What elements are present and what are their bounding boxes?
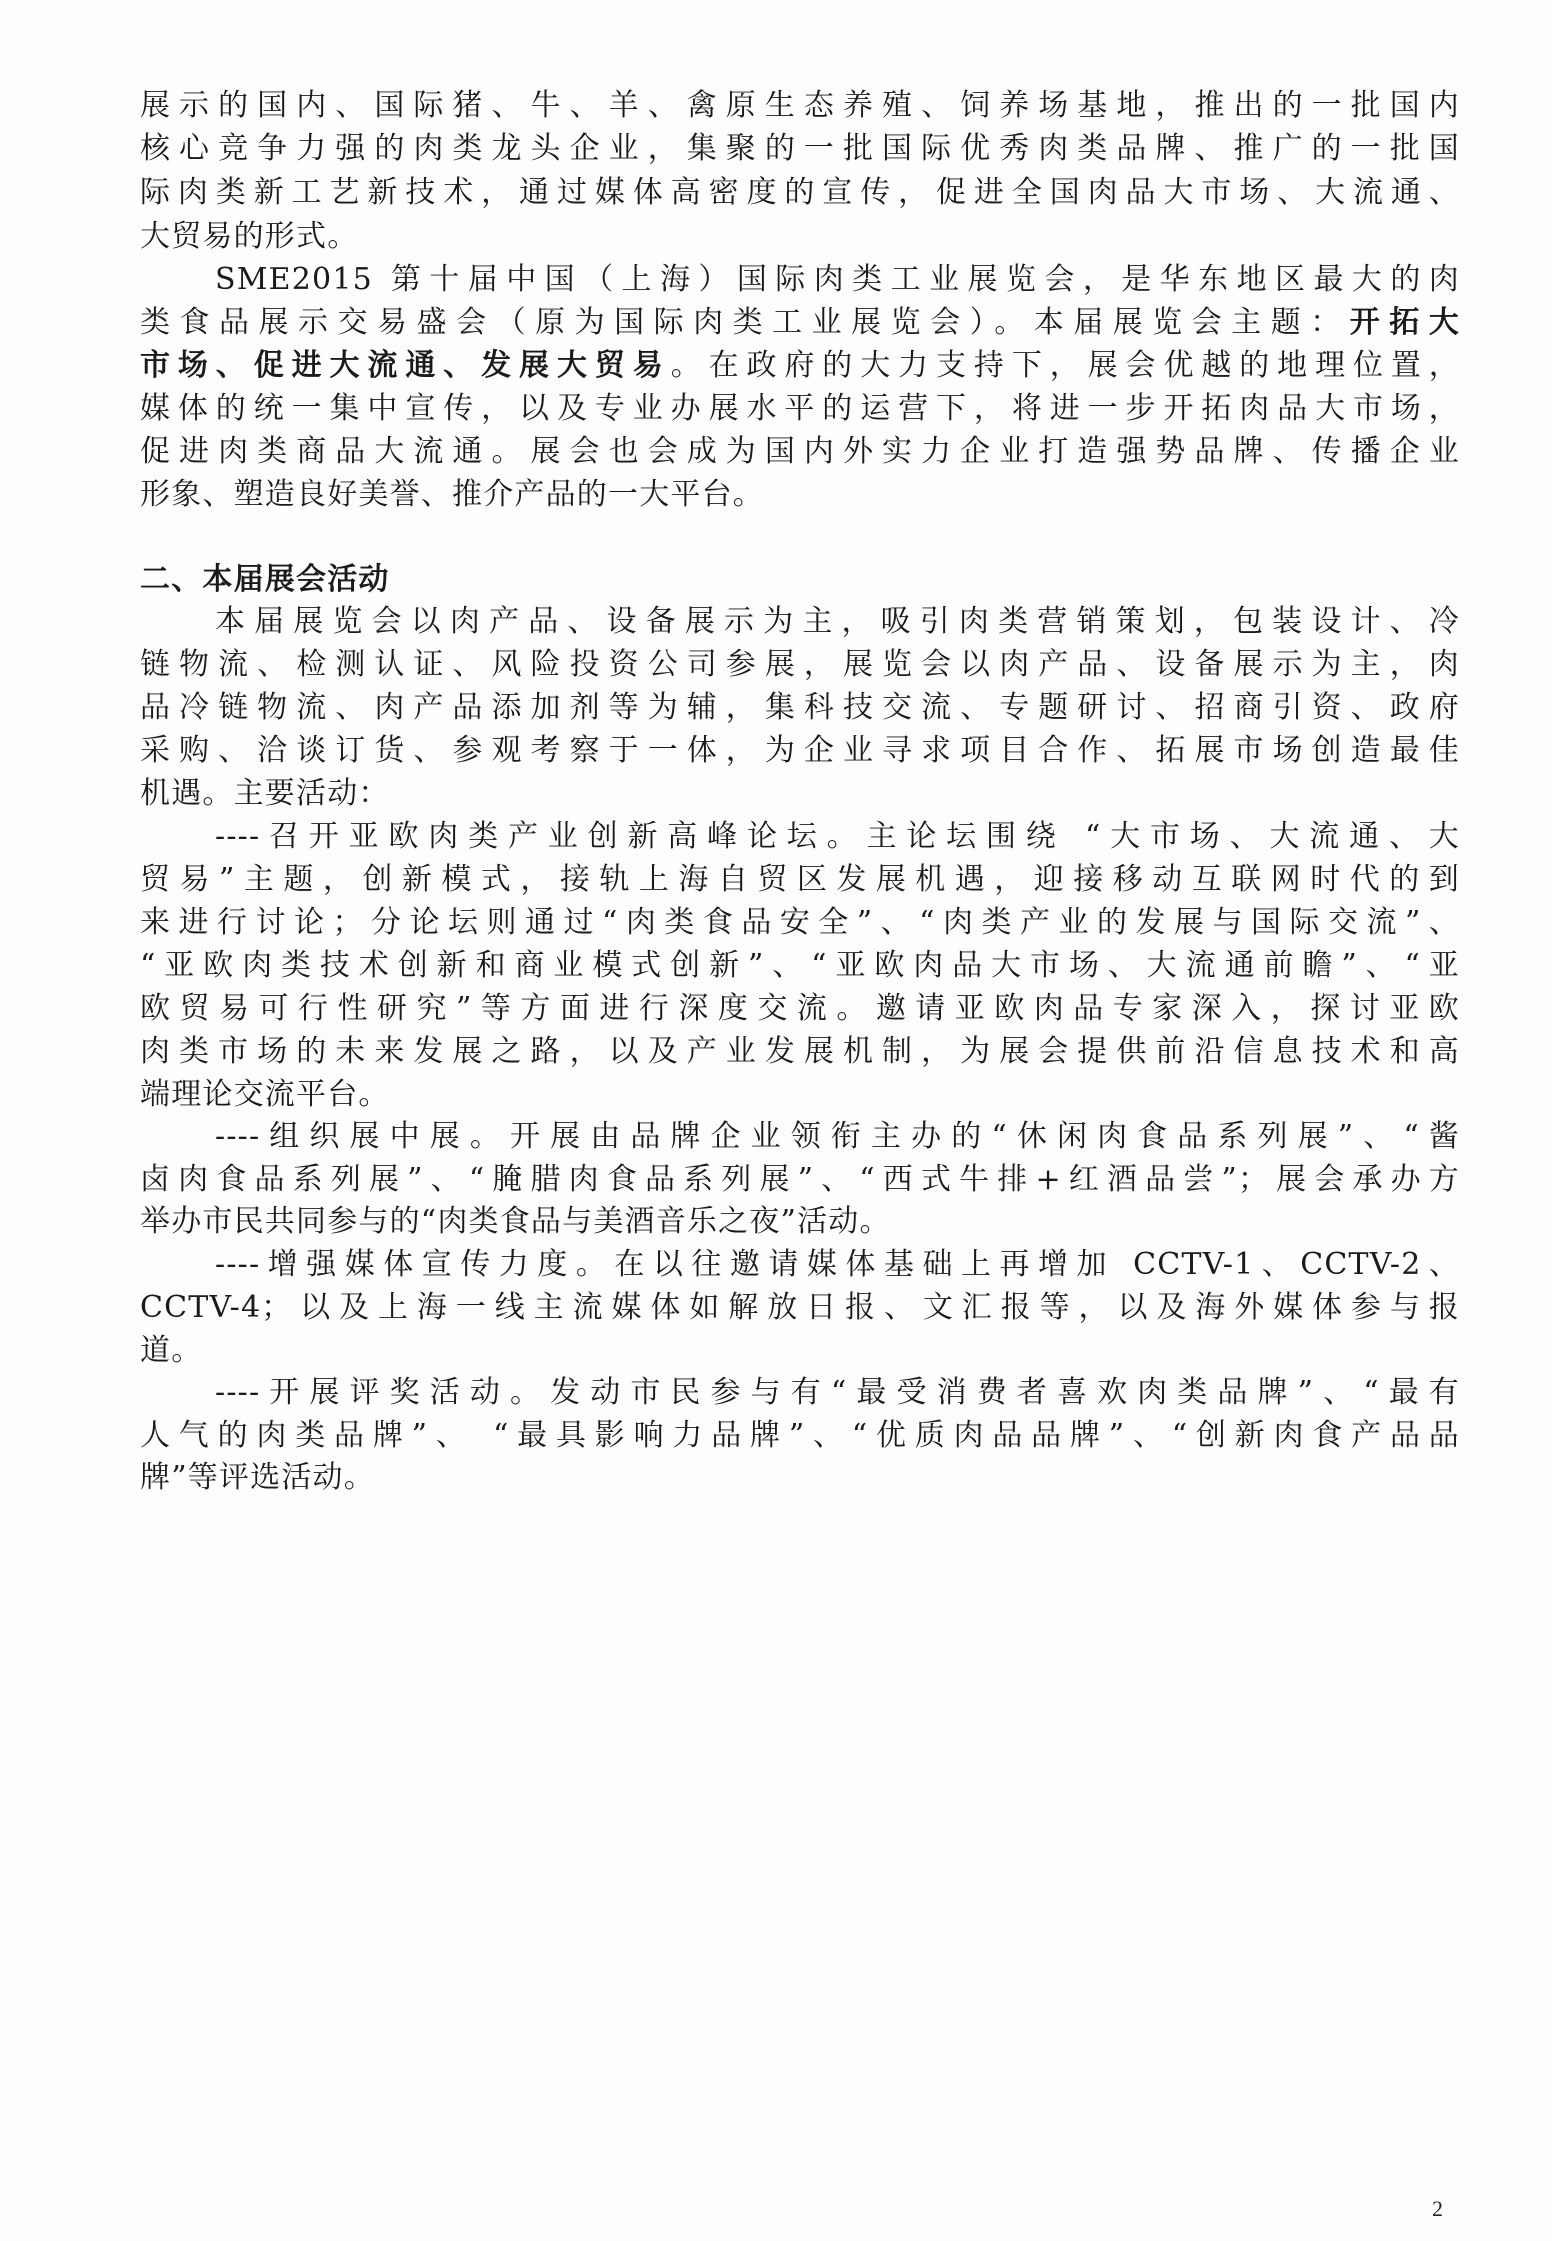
paragraph-3-line: 本届展览会以肉产品、设备展示为主，吸引肉类营销策划，包装设计、冷 [215,600,1460,643]
theme-text-bold: 市场、促进大流通、发展大贸易 [140,348,671,383]
paragraph-3-line: 机遇。主要活动： [140,772,1460,815]
paragraph-2-text: 类食品展示交易盛会（原为国际肉类工业展览会）。本届展览会主题： [140,305,1350,340]
activity-2-line: 举办市民共同参与的“肉类食品与美酒音乐之夜”活动。 [140,1200,1460,1243]
activity-2-line: 卤肉食品系列展”、“腌腊肉食品系列展”、“西式牛排+红酒品尝”；展会承办方 [140,1158,1460,1201]
activity-3-line: 道。 [140,1329,1460,1372]
paragraph-1-line: 际肉类新工艺新技术，通过媒体高密度的宣传，促进全国肉品大市场、大流通、 [140,171,1460,214]
paragraph-3-line: 采购、洽谈订货、参观考察于一体，为企业寻求项目合作、拓展市场创造最佳 [140,729,1460,772]
activity-4-line: 人气的肉类品牌”、 “最具影响力品牌”、“优质肉品品牌”、“创新肉食产品品 [140,1414,1460,1457]
activity-4-line: ----开展评奖活动。发动市民参与有“最受消费者喜欢肉类品牌”、“最有 [215,1371,1460,1414]
paragraph-2-line: SME2015 第十届中国（上海）国际肉类工业展览会，是华东地区最大的肉 [215,258,1460,301]
paragraph-1-line: 核心竞争力强的肉类龙头企业，集聚的一批国际优秀肉类品牌、推广的一批国 [140,127,1460,170]
activity-1-line: 欧贸易可行性研究”等方面进行深度交流。邀请亚欧肉品专家深入，探讨亚欧 [140,987,1460,1030]
paragraph-3-line: 链物流、检测认证、风险投资公司参展，展览会以肉产品、设备展示为主，肉 [140,643,1460,686]
activity-1-line: 来进行讨论；分论坛则通过“肉类食品安全”、“肉类产业的发展与国际交流”、 [140,901,1460,944]
paragraph-2-line: 类食品展示交易盛会（原为国际肉类工业展览会）。本届展览会主题：开拓大 [140,301,1460,344]
document-page: 展示的国内、国际猪、牛、羊、禽原生态养殖、饲养场基地，推出的一批国内 核心竞争力… [0,0,1552,2241]
page-number: 2 [1432,2196,1443,2222]
activity-1-line: 端理论交流平台。 [140,1073,1460,1116]
activity-2-line: ----组织展中展。开展由品牌企业领衔主办的“休闲肉食品系列展”、“酱 [215,1115,1460,1158]
paragraph-3-line: 品冷链物流、肉产品添加剂等为辅，集科技交流、专题研讨、招商引资、政府 [140,686,1460,729]
paragraph-2-text: 。在政府的大力支持下，展会优越的地理位置， [671,348,1460,383]
activity-1-line: 肉类市场的未来发展之路，以及产业发展机制，为展会提供前沿信息技术和高 [140,1030,1460,1073]
paragraph-1-line: 大贸易的形式。 [140,215,1460,258]
paragraph-1-line: 展示的国内、国际猪、牛、羊、禽原生态养殖、饲养场基地，推出的一批国内 [140,84,1460,127]
activity-3-line: CCTV-4；以及上海一线主流媒体如解放日报、文汇报等，以及海外媒体参与报 [140,1286,1460,1329]
activity-3-line: ----增强媒体宣传力度。在以往邀请媒体基础上再增加 CCTV-1、CCTV-2… [215,1243,1460,1286]
paragraph-2-line: 媒体的统一集中宣传，以及专业办展水平的运营下，将进一步开拓肉品大市场， [140,387,1460,430]
paragraph-2-line: 市场、促进大流通、发展大贸易。在政府的大力支持下，展会优越的地理位置， [140,344,1460,387]
activity-4-line: 牌”等评选活动。 [140,1456,1460,1499]
section-heading: 二、本届展会活动 [140,558,1460,601]
paragraph-2-line: 形象、塑造良好美誉、推介产品的一大平台。 [140,473,1460,516]
activity-1-line: ----召开亚欧肉类产业创新高峰论坛。主论坛围绕 “大市场、大流通、大 [215,815,1460,858]
paragraph-2-line: 促进肉类商品大流通。展会也会成为国内外实力企业打造强势品牌、传播企业 [140,430,1460,473]
theme-text-bold: 开拓大 [1350,305,1460,340]
activity-1-line: 贸易”主题，创新模式，接轨上海自贸区发展机遇，迎接移动互联网时代的到 [140,858,1460,901]
activity-1-line: “亚欧肉类技术创新和商业模式创新”、“亚欧肉品大市场、大流通前瞻”、“亚 [140,944,1460,987]
